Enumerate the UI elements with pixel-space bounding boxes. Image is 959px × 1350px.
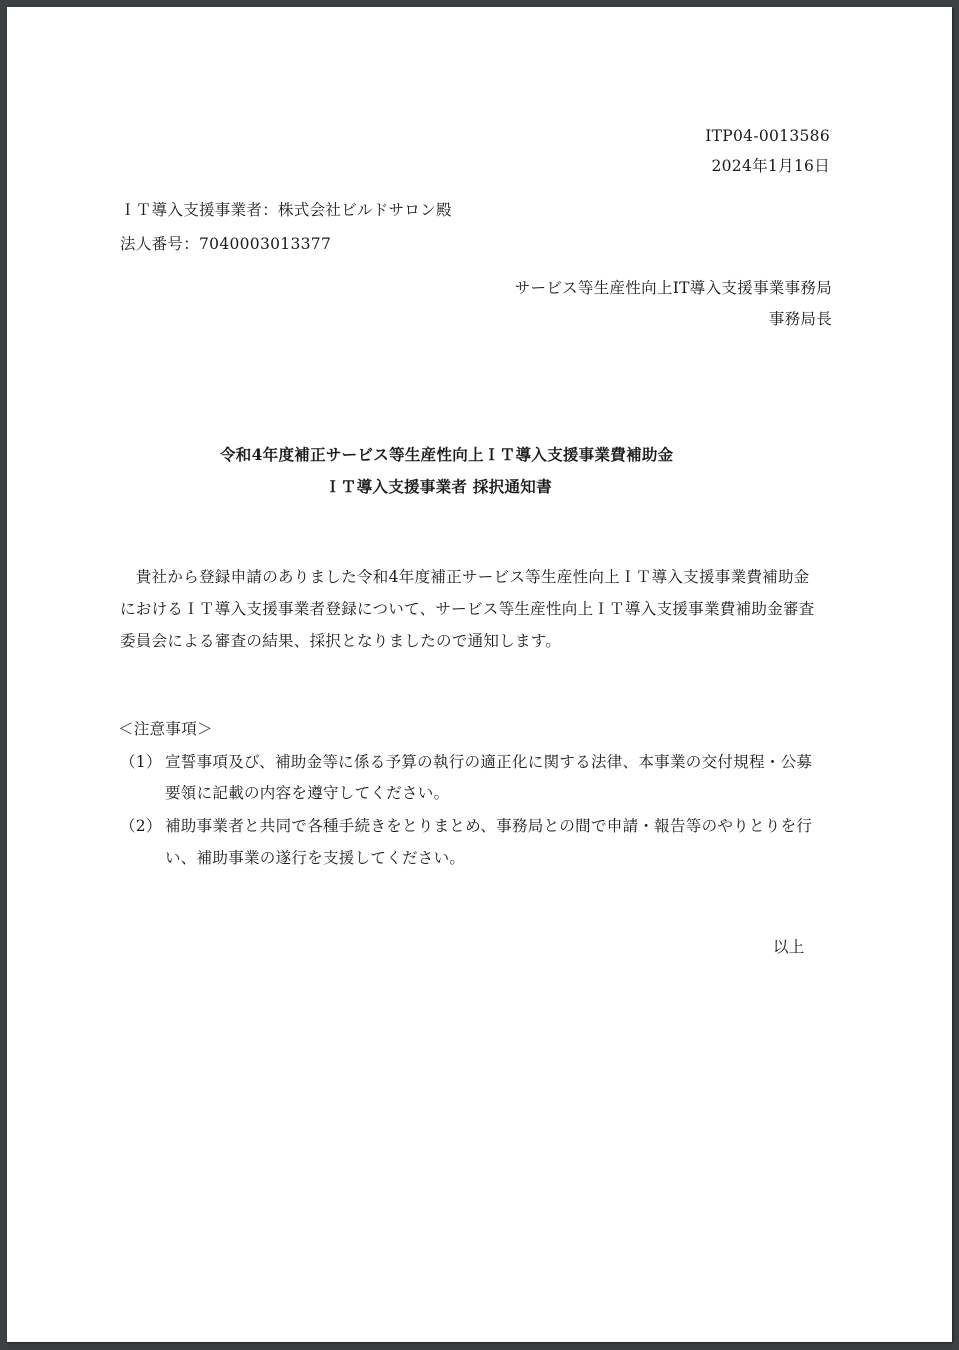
document-page: ITP04-0013586 2024年1月16日 ＩＴ導入支援事業者：株式会社ビ… (7, 7, 952, 1342)
note-text: 要領に記載の内容を遵守してください。 (165, 783, 449, 803)
corporate-number: 法人番号：7040003013377 (120, 234, 331, 254)
note-marker: （1） (120, 752, 162, 772)
note-marker: （2） (120, 816, 162, 836)
issue-date: 2024年1月16日 (711, 156, 830, 176)
reference-number: ITP04-0013586 (705, 126, 830, 146)
body-line: におけるＩＴ導入支援事業者登録について、サービス等生産性向上ＩＴ導入支援事業費補… (120, 599, 815, 619)
closing-text: 以上 (773, 937, 805, 957)
note-text: い、補助事業の遂行を支援してください。 (165, 848, 465, 868)
sender-organization: サービス等生産性向上IT導入支援事業事務局 (515, 278, 832, 298)
body-line: 貴社から登録申請のありました令和4年度補正サービス等生産性向上ＩＴ導入支援事業費… (120, 567, 810, 587)
sender-title: 事務局長 (769, 309, 832, 329)
note-text: 宣誓事項及び、補助金等に係る予算の執行の適正化に関する法律、本事業の交付規程・公… (165, 752, 812, 772)
recipient-name: ＩＴ導入支援事業者：株式会社ビルドサロン殿 (120, 200, 452, 220)
note-text: 補助事業者と共同で各種手続きをとりまとめ、事務局との間で申請・報告等のやりとりを… (165, 816, 812, 836)
document-title-line1: 令和4年度補正サービス等生産性向上ＩＴ導入支援事業費補助金 (220, 445, 674, 465)
document-title-line2: ＩＴ導入支援事業者 採択通知書 (325, 477, 552, 497)
body-line: 委員会による審査の結果、採択となりましたので通知します。 (120, 631, 561, 651)
notes-heading: ＜注意事項＞ (118, 719, 213, 739)
